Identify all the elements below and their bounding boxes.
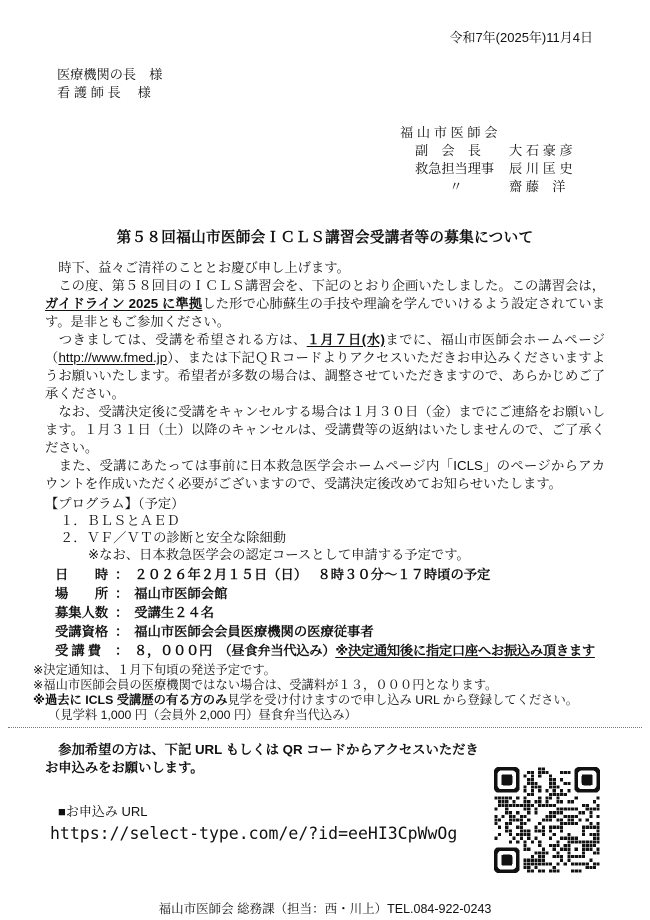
detail-row-place: 場 所：福山市医師会館	[45, 584, 605, 603]
guideline-emphasis: ガイドライン 2025 に準拠	[45, 296, 202, 311]
document-title: 第５８回福山市医師会ＩＣＬＳ講習会受講者等の募集について	[45, 226, 605, 247]
detail-row-capacity: 募集人数：受講生２４名	[45, 603, 605, 622]
detail-value: ２０２６年２月１５日（日） ８時３０分～１７時頃の予定	[134, 567, 490, 582]
document-page: 令和7年(2025年)11月4日 医療機関の長 様 看 護 師 長 様 福 山 …	[0, 0, 650, 920]
detail-value: 福山市医師会館	[134, 586, 227, 601]
detail-label: 場 所	[55, 584, 113, 603]
detail-row-eligibility: 受講資格：福山市医師会会員医療機関の医療従事者	[45, 622, 605, 641]
detail-label: 募集人数	[55, 603, 113, 622]
dotted-separator	[8, 727, 642, 728]
detail-row-fee: 受 講 費：８，０００円 （昼食弁当代込み）※決定通知後に指定口座へお振込み頂き…	[45, 641, 605, 660]
recipient-block: 医療機関の長 様 看 護 師 長 様	[57, 66, 605, 102]
program-item-2: ２．ＶＦ／ＶＴの診断と安全な除細動	[60, 529, 605, 546]
detail-row-datetime: 日 時：２０２６年２月１５日（日） ８時３０分～１７時頃の予定	[45, 565, 605, 584]
sender-row: 副 会 長 大 石 豪 彦	[400, 142, 605, 160]
sender-role: 副 会 長	[415, 142, 497, 160]
detail-label: 日 時	[55, 565, 113, 584]
qr-code-icon	[494, 767, 600, 873]
fmed-url-link[interactable]: http://www.fmed.jp	[58, 350, 167, 365]
detail-value: 受講生２４名	[134, 605, 214, 620]
document-footer: 福山市医師会 総務課（担当：西・川上）TEL.084-922-0243	[45, 899, 605, 917]
sender-name: 大 石 豪 彦	[509, 142, 573, 160]
paragraph-application: つきましては、受講を希望される方は、１月７日(水)までに、福山市医師会ホームペー…	[45, 331, 605, 403]
sender-role-ditto: 〃	[415, 178, 497, 196]
note-observer-fee: （見学料 1,000 円（会員外 2,000 円）昼食弁当代込み）	[48, 708, 605, 723]
sender-role: 救急担当理事	[415, 160, 497, 178]
program-section: 【プログラム】（予定） １．ＢＬＳとＡＥＤ ２．ＶＦ／ＶＴの診断と安全な除細動 …	[45, 495, 605, 563]
deadline-emphasis: １月７日(水)	[307, 332, 385, 347]
apply-message-line-1: 参加希望の方は、下記 URL もしくは QR コードからアクセスいただき	[45, 741, 605, 759]
sender-name: 齋 藤 洋	[509, 178, 565, 196]
apply-section: 参加希望の方は、下記 URL もしくは QR コードからアクセスいただき お申込…	[45, 741, 605, 897]
note-nonmember-fee: ※福山市医師会員の医療機関ではない場合は、受講料が１３，０００円となります。	[33, 678, 605, 693]
notes-section: ※決定通知は、１月下旬頃の発送予定です。 ※福山市医師会員の医療機関ではない場合…	[33, 663, 605, 723]
recipient-line-2: 看 護 師 長 様	[57, 84, 605, 102]
paragraph-cancellation: なお、受講決定後に受講をキャンセルする場合は１月３０日（金）までにご連絡をお願い…	[45, 403, 605, 457]
recipient-line-1: 医療機関の長 様	[57, 66, 605, 84]
note-decision: ※決定通知は、１月下旬頃の発送予定です。	[33, 663, 605, 678]
paragraph-intro: この度、第５８回目のＩＣＬＳ講習会を、下記のとおり企画いたしました。この講習会は…	[45, 277, 605, 331]
detail-value: 福山市医師会会員医療機関の医療従事者	[134, 624, 373, 639]
program-heading: 【プログラム】（予定）	[45, 495, 605, 512]
sender-row: 〃 齋 藤 洋	[400, 178, 605, 196]
details-section: 日 時：２０２６年２月１５日（日） ８時３０分～１７時頃の予定 場 所：福山市医…	[45, 565, 605, 660]
sender-row: 救急担当理事 辰 川 匡 史	[400, 160, 605, 178]
detail-label: 受 講 費	[55, 641, 113, 660]
note-observer: ※過去に ICLS 受講歴の有る方のみ見学を受け付けますので申し込み URL か…	[33, 693, 605, 708]
detail-label: 受講資格	[55, 622, 113, 641]
document-date: 令和7年(2025年)11月4日	[45, 30, 605, 46]
fee-transfer-note: ※決定通知後に指定口座へお振込み頂きます	[335, 643, 595, 658]
paragraph-account: また、受講にあたっては事前に日本救急医学会ホームページ内「ICLS」のページから…	[45, 457, 605, 493]
program-note: ※なお、日本救急医学会の認定コースとして申請する予定です。	[88, 546, 605, 563]
detail-value: ８，０００円 （昼食弁当代込み）	[134, 643, 335, 658]
sender-name: 辰 川 匡 史	[509, 160, 573, 178]
program-item-1: １．ＢＬＳとＡＥＤ	[60, 512, 605, 529]
sender-block: 福 山 市 医 師 会 副 会 長 大 石 豪 彦 救急担当理事 辰 川 匡 史…	[400, 124, 605, 196]
sender-org: 福 山 市 医 師 会	[400, 124, 605, 142]
body-text: 時下、益々ご清祥のこととお慶び申し上げます。 この度、第５８回目のＩＣＬＳ講習会…	[45, 259, 605, 493]
paragraph-greeting: 時下、益々ご清祥のこととお慶び申し上げます。	[45, 259, 605, 277]
